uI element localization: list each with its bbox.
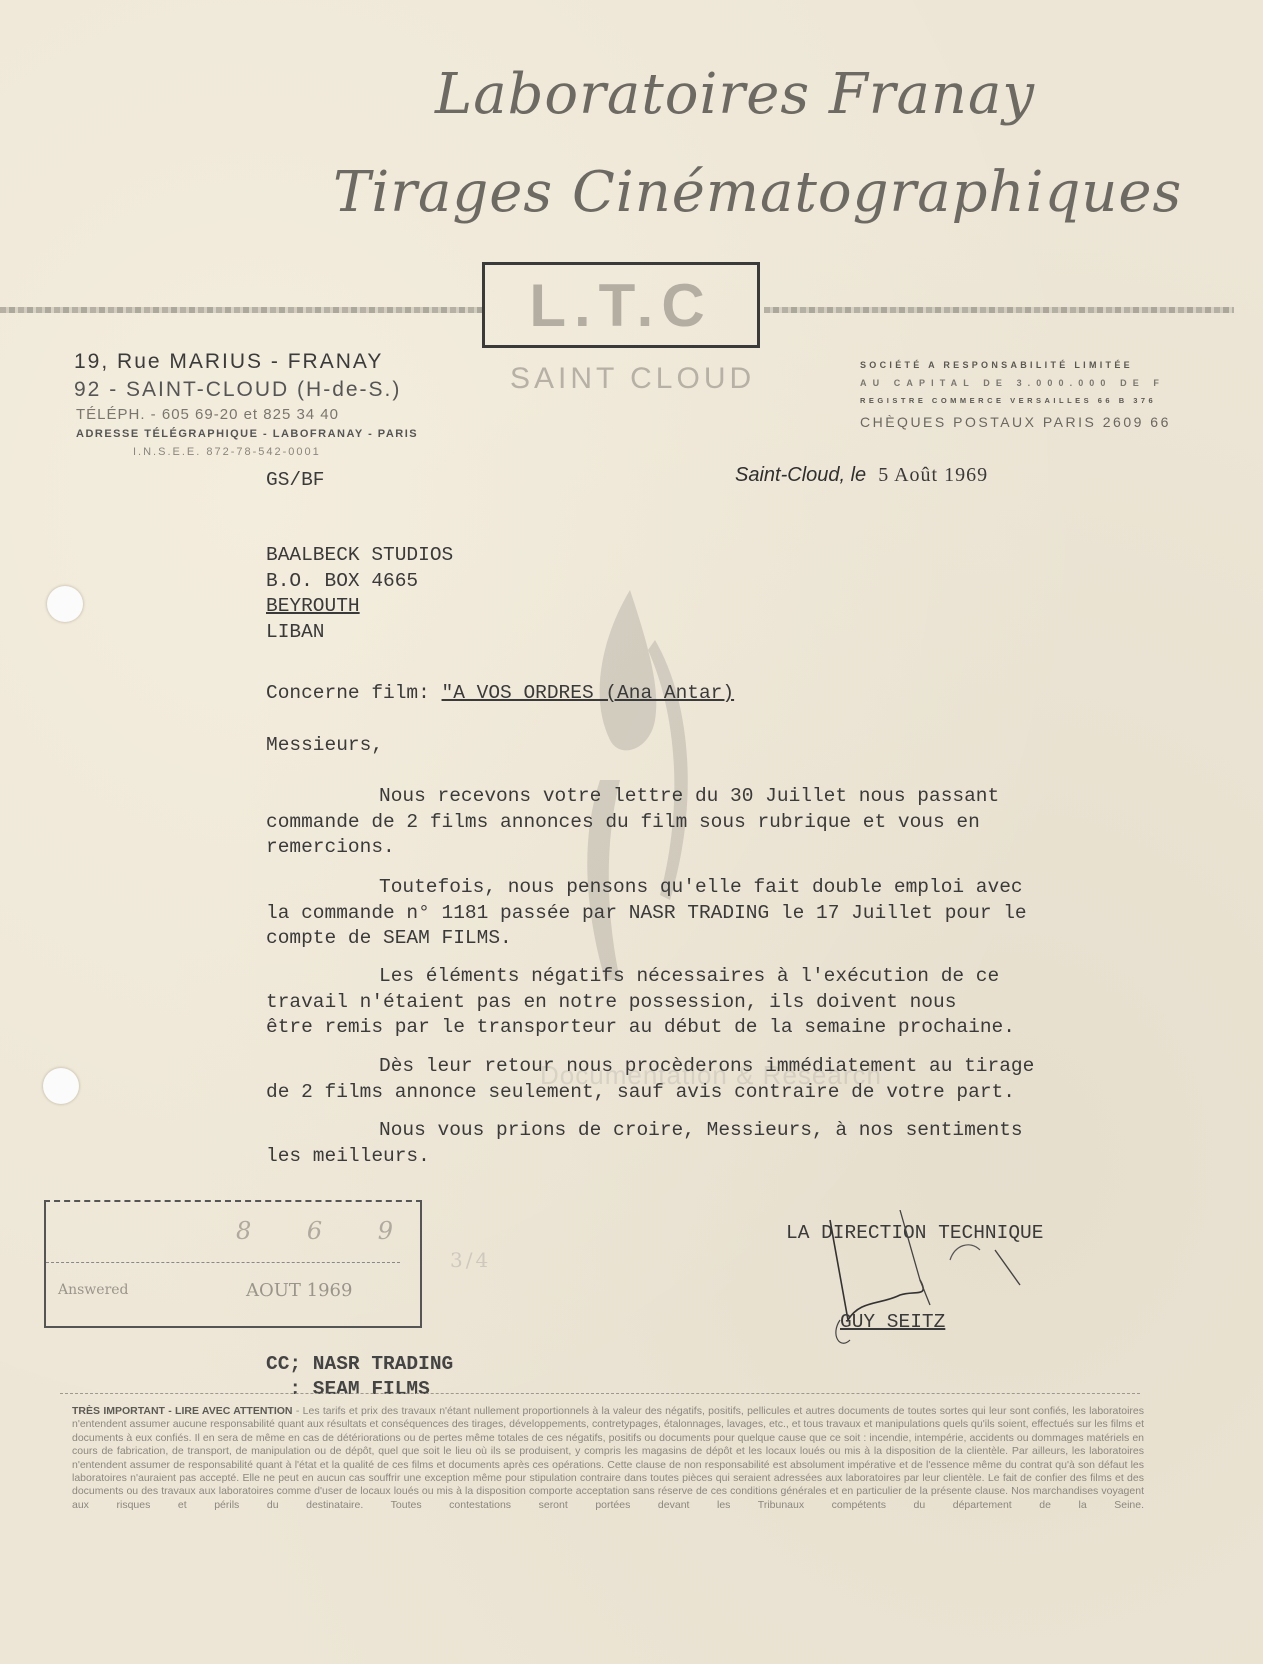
carbon-copy: CC; NASR TRADING : SEAM FILMS [266, 1352, 453, 1402]
paragraph-3: Les éléments négatifs nécessaires à l'ex… [266, 964, 1086, 1041]
recipient-city: BEYROUTH [266, 594, 453, 620]
place-date: Saint-Cloud, le 5 Août 1969 [735, 464, 988, 487]
paragraph-line: Nous vous prions de croire, Messieurs, à… [266, 1118, 1086, 1144]
legal-capital: AU CAPITAL DE 3.000.000 DE F [860, 378, 1165, 388]
recipient-country: LIBAN [266, 620, 453, 646]
cc-line-2: : SEAM FILMS [266, 1377, 453, 1402]
paragraph-line: Dès leur retour nous procèderons immédia… [266, 1054, 1086, 1080]
paragraph-line: Toutefois, nous pensons qu'elle fait dou… [266, 875, 1086, 901]
address-phone: TÉLÉPH. - 605 69-20 et 825 34 40 [76, 406, 339, 423]
footer-divider [60, 1393, 1140, 1394]
paragraph-1: Nous recevons votre lettre du 30 Juillet… [266, 784, 1086, 861]
reference-initials: GS/BF [266, 469, 325, 491]
recipient-address: BAALBECK STUDIOS B.O. BOX 4665 BEYROUTH … [266, 543, 453, 645]
footer-text: - Les tarifs et prix des travaux n'étant… [72, 1405, 1144, 1511]
cc-line-1: CC; NASR TRADING [266, 1352, 453, 1377]
stamp-number: 8 6 9 [236, 1217, 417, 1245]
ltc-logo-text: L.T.C [529, 271, 712, 340]
letterhead-company-name: Laboratoires Franay [435, 62, 1035, 127]
legal-postal-account: CHÈQUES POSTAUX PARIS 2609 66 [860, 414, 1171, 430]
letterhead-tagline: Tirages Cinématographiques [333, 160, 1182, 225]
paragraph-line: compte de SEAM FILMS. [266, 926, 1086, 952]
stamp-label: Answered [58, 1282, 129, 1298]
letterhead-rule-left [0, 307, 482, 313]
salutation: Messieurs, [266, 734, 383, 756]
address-telegraph: ADRESSE TÉLÉGRAPHIQUE - LABOFRANAY - PAR… [76, 428, 418, 440]
stamp-divider [46, 1262, 400, 1263]
paragraph-4: Dès leur retour nous procèderons immédia… [266, 1054, 1086, 1105]
subject-line: Concerne film: "A VOS ORDRES (Ana Antar) [266, 682, 734, 704]
paragraph-line: les meilleurs. [266, 1144, 1086, 1170]
paragraph-line: remercions. [266, 835, 1086, 861]
footer-heading: TRÈS IMPORTANT - LIRE AVEC ATTENTION [72, 1405, 293, 1417]
paragraph-line: commande de 2 films annonces du film sou… [266, 810, 1086, 836]
subject-film-title: "A VOS ORDRES (Ana Antar) [442, 682, 735, 704]
received-stamp: 8 6 9 Answered AOUT 1969 [44, 1200, 422, 1328]
address-street: 19, Rue MARIUS - FRANAY [74, 350, 383, 374]
place: Saint-Cloud, le [735, 464, 866, 486]
letterhead-rule-right [764, 307, 1234, 313]
paragraph-line: la commande n° 1181 passée par NASR TRAD… [266, 901, 1086, 927]
recipient-name: BAALBECK STUDIOS [266, 543, 453, 569]
legal-registry: REGISTRE COMMERCE VERSAILLES 66 B 376 [860, 396, 1156, 405]
stamp-side-mark: 3/4 [450, 1248, 491, 1272]
punch-hole [43, 1068, 79, 1104]
signer-name: GUY SEITZ [840, 1311, 945, 1333]
paragraph-line: de 2 films annonce seulement, sauf avis … [266, 1080, 1086, 1106]
paragraph-2: Toutefois, nous pensons qu'elle fait dou… [266, 875, 1086, 952]
address-insee: I.N.S.E.E. 872-78-542-0001 [133, 446, 321, 458]
letter-date: 5 Août 1969 [878, 464, 988, 486]
legal-company-type: SOCIÉTÉ A RESPONSABILITÉ LIMITÉE [860, 360, 1133, 370]
punch-hole [47, 586, 83, 622]
paragraph-closing: Nous vous prions de croire, Messieurs, à… [266, 1118, 1086, 1169]
ltc-logo-box: L.T.C [482, 262, 760, 348]
footer-disclaimer: TRÈS IMPORTANT - LIRE AVEC ATTENTION - L… [72, 1405, 1144, 1512]
paragraph-line: Les éléments négatifs nécessaires à l'ex… [266, 964, 1086, 990]
paragraph-line: travail n'étaient pas en notre possessio… [266, 990, 1086, 1016]
ltc-logo-city: SAINT CLOUD [510, 362, 755, 396]
paragraph-line: Nous recevons votre lettre du 30 Juillet… [266, 784, 1086, 810]
paragraph-line: être remis par le transporteur au début … [266, 1015, 1086, 1041]
address-city: 92 - SAINT-CLOUD (H-de-S.) [74, 378, 401, 402]
stamp-date: AOUT 1969 [246, 1280, 352, 1301]
recipient-box: B.O. BOX 4665 [266, 569, 453, 595]
subject-label: Concerne film: [266, 682, 442, 704]
